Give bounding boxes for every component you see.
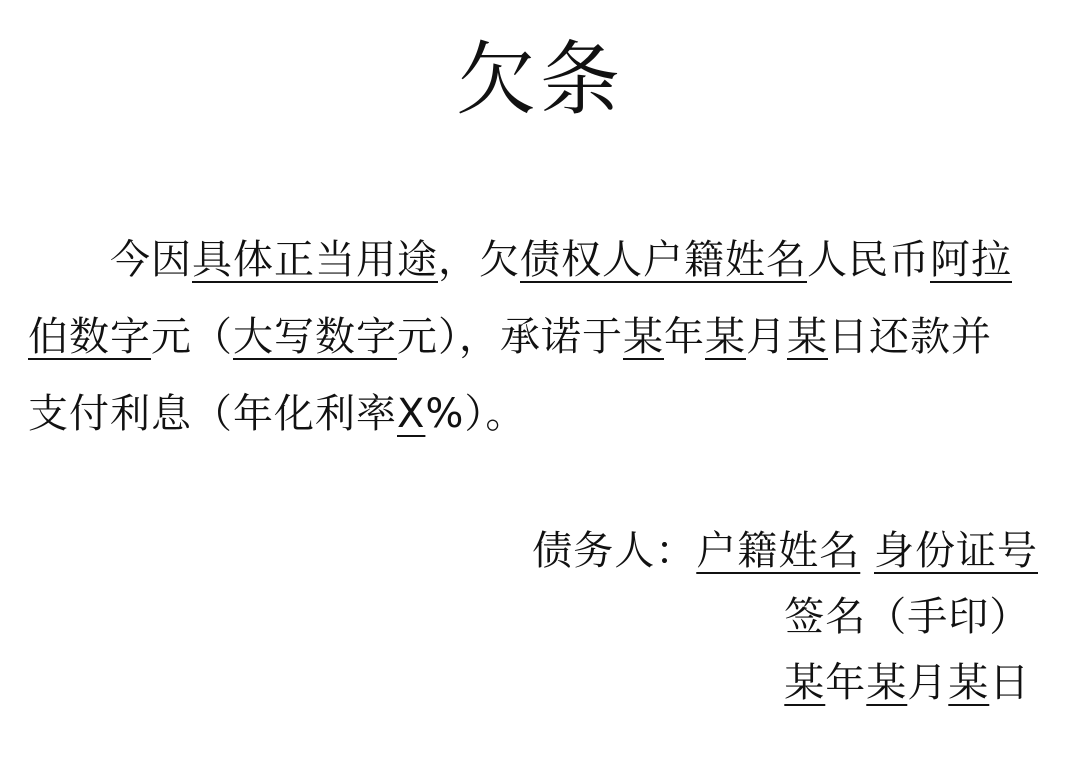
- sign-month-field: 某: [866, 660, 907, 706]
- due-month-field: 某: [705, 314, 746, 360]
- sign-label: 签名（手印）: [784, 594, 1030, 640]
- sign-day-field: 某: [948, 660, 989, 706]
- day-label: 日: [989, 660, 1030, 706]
- month-label: 月: [907, 660, 948, 706]
- amount-chinese-field: 大写数字: [233, 314, 397, 360]
- debtor-label: 债务人：: [532, 528, 696, 574]
- text-segment: 今因: [110, 237, 192, 283]
- debtor-line: 债务人：户籍姓名 身份证号: [532, 518, 1038, 584]
- year-label: 年: [825, 660, 866, 706]
- creditor-field: 债权人户籍姓名: [520, 237, 807, 283]
- debtor-id-field: 身份证号: [874, 528, 1038, 574]
- due-day-field: 某: [787, 314, 828, 360]
- text-segment: 元（: [151, 314, 233, 360]
- text-segment: 年: [664, 314, 705, 360]
- text-segment: ，欠: [438, 237, 520, 283]
- document-title: 欠条: [0, 32, 1080, 128]
- debtor-name-field: 户籍姓名: [696, 528, 860, 574]
- interest-rate-field: X: [397, 391, 425, 437]
- due-year-field: 某: [623, 314, 664, 360]
- iou-body-paragraph: 今因具体正当用途，欠债权人户籍姓名人民币阿拉伯数字元（大写数字元），承诺于某年某…: [28, 222, 1028, 453]
- text-segment: %）。: [425, 391, 526, 437]
- date-line: 某年某月某日: [532, 650, 1038, 716]
- text-segment: 月: [746, 314, 787, 360]
- signature-block: 债务人：户籍姓名 身份证号 签名（手印） 某年某月某日: [532, 518, 1038, 716]
- signature-line: 签名（手印）: [532, 584, 1038, 650]
- text-segment: 元），承诺于: [397, 314, 623, 360]
- purpose-field: 具体正当用途: [192, 237, 438, 283]
- sign-year-field: 某: [784, 660, 825, 706]
- text-segment: 人民币: [807, 237, 930, 283]
